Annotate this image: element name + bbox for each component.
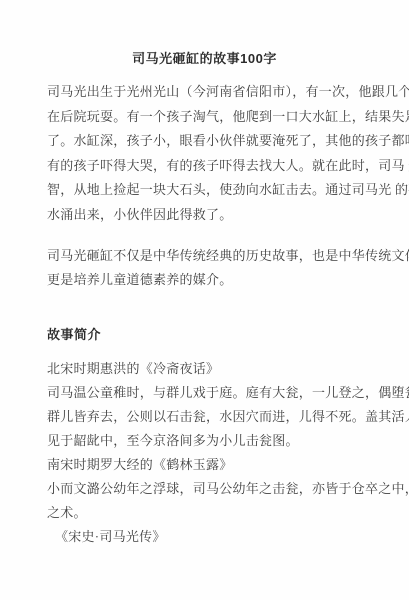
source-line: 南宋时期罗大经的《鹤林玉露》	[47, 453, 365, 477]
document-content: 司马光出生于光州光山（今河南省信阳市），有一次，他跟几个小伙 伴 在后院玩耍。有…	[47, 80, 365, 549]
paragraph-line: 智，从地上捡起一块大石头，使劲向水缸击去。通过司马光 的砸缸行为，	[47, 178, 365, 203]
meaning-paragraph: 司马光砸缸不仅是中华传统经典的历史故事，也是中华传统文化的载 体， 更是培养儿童…	[47, 244, 365, 293]
paragraph-line: 司马光砸缸不仅是中华传统经典的历史故事，也是中华传统文化的载 体，	[47, 244, 365, 269]
quote-line: 群儿皆弃去，公则以石击瓮，水因穴而进，儿得不死。盖其活人手 段已	[47, 405, 365, 429]
paragraph-line: 在后院玩耍。有一个孩子淘气，他爬到一口大水缸上，结果失足掉 进去	[47, 105, 365, 130]
section-heading: 故事简介	[47, 326, 365, 344]
intro-paragraph: 司马光出生于光州光山（今河南省信阳市），有一次，他跟几个小伙 伴 在后院玩耍。有…	[47, 80, 365, 228]
story-intro-section: 北宋时期惠洪的《冷斋夜话》 司马温公童稚时，与群儿戏于庭。庭有大瓮，一儿登之，偶…	[47, 357, 365, 549]
quote-line: 见于龆龀中，至今京洛间多为小儿击瓮图。	[47, 429, 365, 453]
paragraph-line: 司马光出生于光州光山（今河南省信阳市），有一次，他跟几个小伙 伴	[47, 80, 365, 105]
paragraph-line: 更是培养儿童道德素养的媒介。	[47, 268, 365, 293]
quote-line: 司马温公童稚时，与群儿戏于庭。庭有大瓮，一儿登之，偶堕瓮水中。	[47, 381, 365, 405]
quote-line: 小而文潞公幼年之浮球，司马公幼年之击瓮，亦皆于仓卒之中，有变 通	[47, 477, 365, 501]
source-line: 北宋时期惠洪的《冷斋夜话》	[47, 357, 365, 381]
citation-line: 《宋史·司马光传》	[47, 525, 365, 549]
paragraph-line: 水涌出来，小伙伴因此得救了。	[47, 203, 365, 228]
quote-line: 之术。	[47, 501, 365, 525]
document-page: 司马光砸缸的故事100字 司马光出生于光州光山（今河南省信阳市），有一次，他跟几…	[0, 0, 409, 600]
document-title: 司马光砸缸的故事100字	[0, 0, 409, 68]
paragraph-line: 了。水缸深，孩子小，眼看小伙伴就要淹死了，其他的孩子都吓 傻了，	[47, 129, 365, 154]
paragraph-line: 有的孩子吓得大哭，有的孩子吓得去找大人。就在此时，司马 光急中生	[47, 154, 365, 179]
